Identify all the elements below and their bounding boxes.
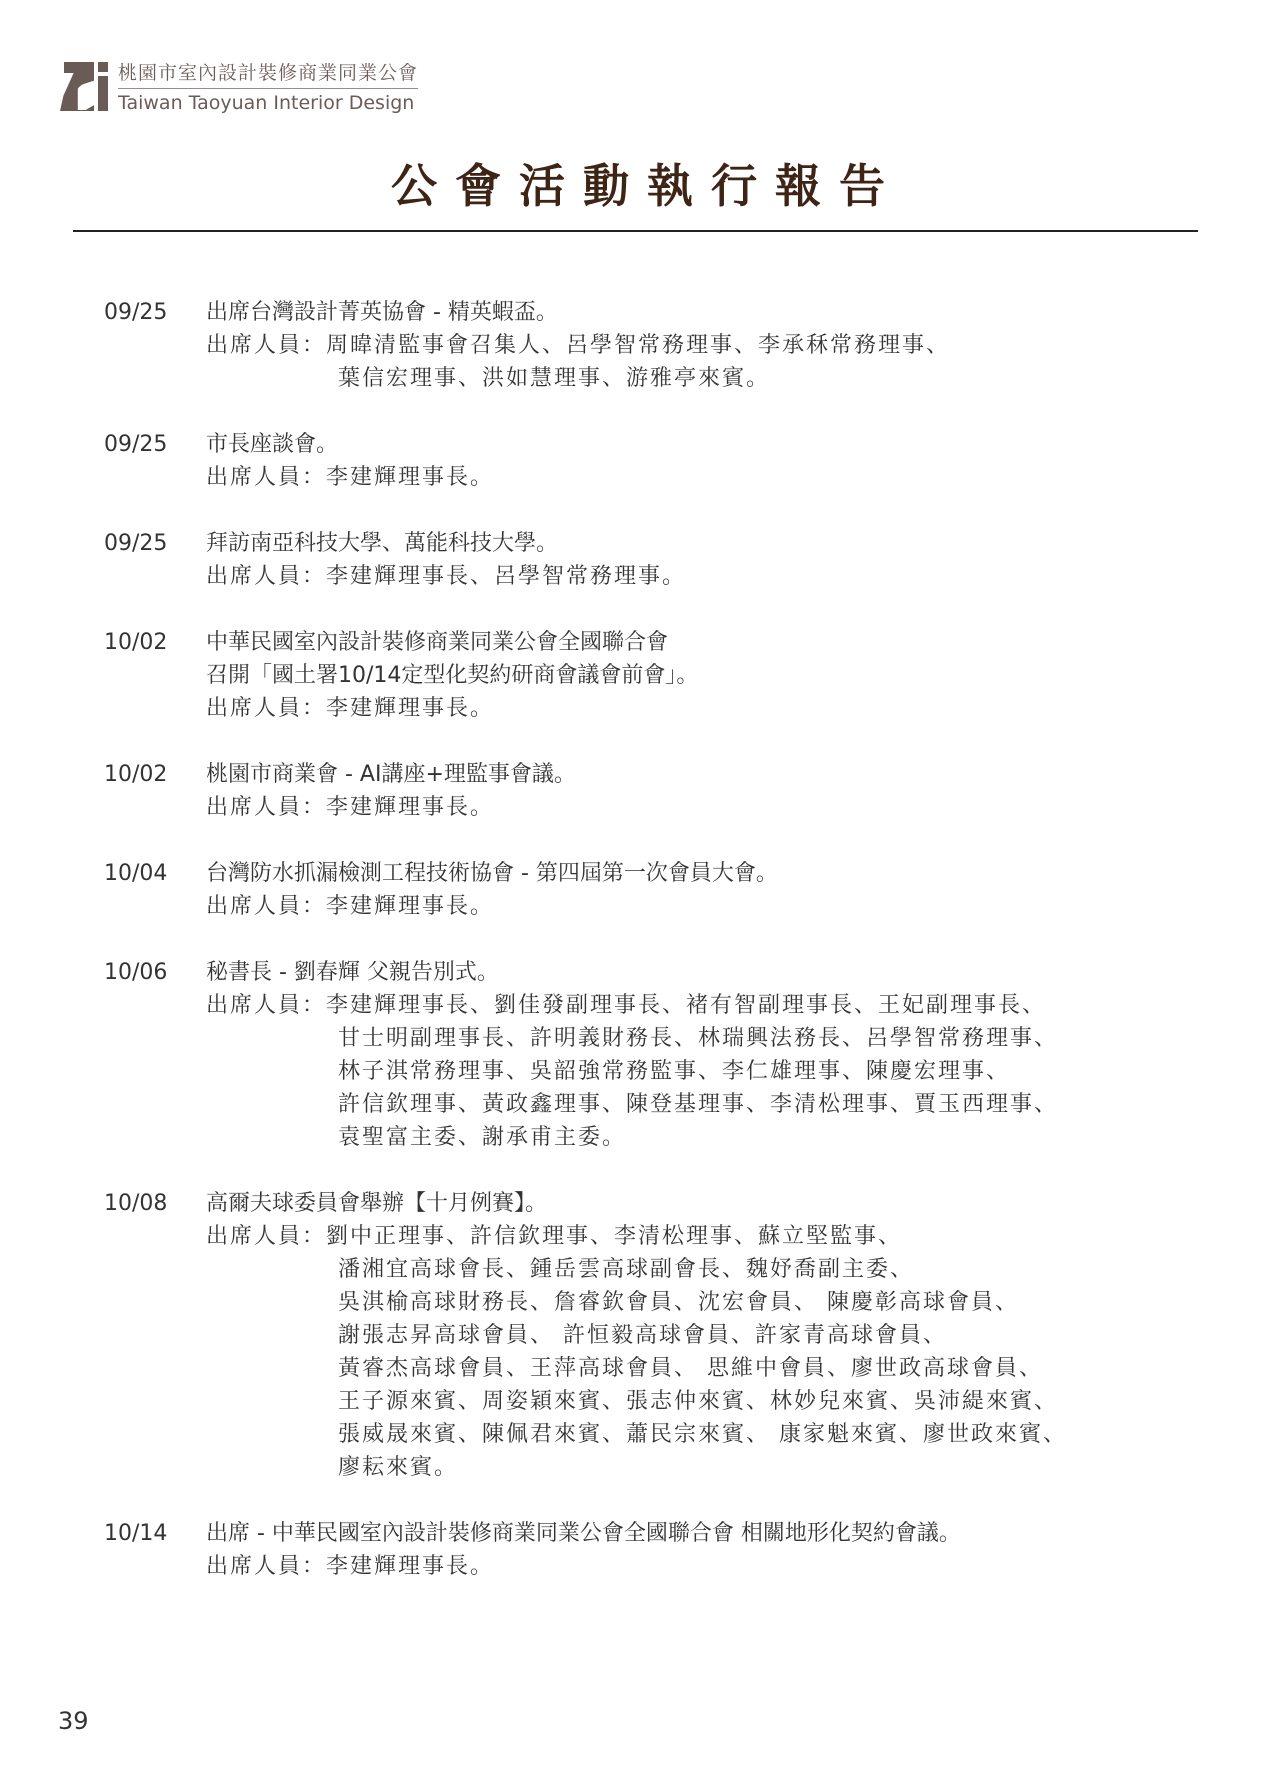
- attendee-names: 甘士明副理事長、許明義財務長、林瑞興法務長、呂學智常務理事、: [206, 1022, 1164, 1055]
- attendee-names: 林子淇常務理事、吳韶強常務監事、李仁雄理事、陳慶宏理事、: [206, 1055, 1164, 1088]
- attendees-row: 出席人員：李建輝理事長。: [206, 692, 1164, 725]
- event-description: 出席 - 中華民國室內設計裝修商業同業公會全國聯合會 相關地形化契約會議。: [206, 1517, 1164, 1550]
- activity-entry: 10/04台灣防水抓漏檢測工程技術協會 - 第四屆第一次會員大會。出席人員：李建…: [104, 857, 1164, 923]
- entry-date: 10/02: [104, 758, 206, 824]
- attendee-names: 吳淇榆高球財務長、詹睿欽會員、沈宏會員、 陳慶彰高球會員、: [206, 1286, 1164, 1319]
- event-description: 出席台灣設計菁英協會 - 精英蝦盃。: [206, 296, 1164, 329]
- attendee-names: 潘湘宜高球會長、鍾岳雲高球副會長、魏妤喬副主委、: [206, 1253, 1164, 1286]
- attendee-names: 李建輝理事長、劉佳發副理事長、褚有智副理事長、王妃副理事長、: [326, 989, 1046, 1022]
- page-number: 39: [58, 1707, 89, 1735]
- attendees-row: 出席人員：李建輝理事長。: [206, 1550, 1164, 1583]
- org-name-en: Taiwan Taoyuan Interior Design: [118, 89, 418, 114]
- activity-entry: 09/25市長座談會。出席人員：李建輝理事長。: [104, 428, 1164, 494]
- entry-body: 市長座談會。出席人員：李建輝理事長。: [206, 428, 1164, 494]
- activity-entry: 10/02中華民國室內設計裝修商業同業公會全國聯合會召開「國土署10/14定型化…: [104, 626, 1164, 725]
- attendees-row: 出席人員：劉中正理事、許信欽理事、李清松理事、蘇立堅監事、: [206, 1220, 1164, 1253]
- event-description: 秘書長 - 劉春輝 父親告別式。: [206, 956, 1164, 989]
- activity-entry: 10/06秘書長 - 劉春輝 父親告別式。出席人員：李建輝理事長、劉佳發副理事長…: [104, 956, 1164, 1154]
- attendee-names: 葉信宏理事、洪如慧理事、游雅亭來賓。: [206, 362, 1164, 395]
- attendee-names: 李建輝理事長。: [326, 692, 494, 725]
- event-description: 高爾夫球委員會舉辦【十月例賽】。: [206, 1187, 1164, 1220]
- attendees-label: 出席人員：: [206, 461, 326, 494]
- page-title: 公會活動執行報告: [0, 150, 1276, 216]
- title-divider: [73, 230, 1198, 232]
- entry-date: 10/06: [104, 956, 206, 1154]
- attendee-names: 李建輝理事長、呂學智常務理事。: [326, 560, 686, 593]
- entry-date: 10/08: [104, 1187, 206, 1484]
- attendees-row: 出席人員：李建輝理事長。: [206, 890, 1164, 923]
- attendee-names: 周暐清監事會召集人、呂學智常務理事、李承秝常務理事、: [326, 329, 950, 362]
- attendee-names: 張威晟來賓、陳佩君來賓、蕭民宗來賓、 康家魁來賓、廖世政來賓、: [206, 1418, 1164, 1451]
- entry-body: 台灣防水抓漏檢測工程技術協會 - 第四屆第一次會員大會。出席人員：李建輝理事長。: [206, 857, 1164, 923]
- attendee-names: 許信欽理事、黃政鑫理事、陳登基理事、李清松理事、賈玉西理事、: [206, 1088, 1164, 1121]
- attendee-names: 袁聖富主委、謝承甫主委。: [206, 1121, 1164, 1154]
- entry-date: 09/25: [104, 527, 206, 593]
- entry-body: 秘書長 - 劉春輝 父親告別式。出席人員：李建輝理事長、劉佳發副理事長、褚有智副…: [206, 956, 1164, 1154]
- attendee-names: 李建輝理事長。: [326, 1550, 494, 1583]
- attendee-names: 李建輝理事長。: [326, 890, 494, 923]
- header: 桃園市室內設計裝修商業同業公會 Taiwan Taoyuan Interior …: [58, 56, 418, 116]
- attendee-names: 李建輝理事長。: [326, 461, 494, 494]
- entry-body: 高爾夫球委員會舉辦【十月例賽】。出席人員：劉中正理事、許信欽理事、李清松理事、蘇…: [206, 1187, 1164, 1484]
- attendee-names: 劉中正理事、許信欽理事、李清松理事、蘇立堅監事、: [326, 1220, 902, 1253]
- entry-body: 出席 - 中華民國室內設計裝修商業同業公會全國聯合會 相關地形化契約會議。出席人…: [206, 1517, 1164, 1583]
- entry-date: 09/25: [104, 296, 206, 395]
- activity-entry: 09/25出席台灣設計菁英協會 - 精英蝦盃。出席人員：周暐清監事會召集人、呂學…: [104, 296, 1164, 395]
- entry-body: 出席台灣設計菁英協會 - 精英蝦盃。出席人員：周暐清監事會召集人、呂學智常務理事…: [206, 296, 1164, 395]
- attendees-row: 出席人員：李建輝理事長。: [206, 791, 1164, 824]
- attendees-row: 出席人員：李建輝理事長、劉佳發副理事長、褚有智副理事長、王妃副理事長、: [206, 989, 1164, 1022]
- attendees-label: 出席人員：: [206, 791, 326, 824]
- activity-entry: 10/02桃園市商業會 - AI講座+理監事會議。出席人員：李建輝理事長。: [104, 758, 1164, 824]
- event-description: 市長座談會。: [206, 428, 1164, 461]
- entry-body: 拜訪南亞科技大學、萬能科技大學。出席人員：李建輝理事長、呂學智常務理事。: [206, 527, 1164, 593]
- event-description: 召開「國土署10/14定型化契約研商會議會前會」。: [206, 659, 1164, 692]
- entry-body: 中華民國室內設計裝修商業同業公會全國聯合會召開「國土署10/14定型化契約研商會…: [206, 626, 1164, 725]
- attendee-names: 謝張志昇高球會員、 許恒毅高球會員、許家青高球會員、: [206, 1319, 1164, 1352]
- attendees-row: 出席人員：李建輝理事長、呂學智常務理事。: [206, 560, 1164, 593]
- attendees-label: 出席人員：: [206, 560, 326, 593]
- attendees-label: 出席人員：: [206, 1550, 326, 1583]
- event-description: 桃園市商業會 - AI講座+理監事會議。: [206, 758, 1164, 791]
- attendees-label: 出席人員：: [206, 890, 326, 923]
- attendees-label: 出席人員：: [206, 692, 326, 725]
- attendee-names: 黃睿杰高球會員、王萍高球會員、 思維中會員、廖世政高球會員、: [206, 1352, 1164, 1385]
- attendees-label: 出席人員：: [206, 989, 326, 1022]
- attendees-row: 出席人員：周暐清監事會召集人、呂學智常務理事、李承秝常務理事、: [206, 329, 1164, 362]
- activity-entry: 10/08高爾夫球委員會舉辦【十月例賽】。出席人員：劉中正理事、許信欽理事、李清…: [104, 1187, 1164, 1484]
- ti-logo-icon: [58, 58, 110, 114]
- entry-date: 10/04: [104, 857, 206, 923]
- org-name-zh: 桃園市室內設計裝修商業同業公會: [118, 58, 418, 89]
- attendees-row: 出席人員：李建輝理事長。: [206, 461, 1164, 494]
- attendees-label: 出席人員：: [206, 329, 326, 362]
- entry-date: 10/14: [104, 1517, 206, 1583]
- attendees-label: 出席人員：: [206, 1220, 326, 1253]
- attendee-names: 李建輝理事長。: [326, 791, 494, 824]
- entry-date: 10/02: [104, 626, 206, 725]
- attendee-names: 廖耘來賓。: [206, 1451, 1164, 1484]
- entry-date: 09/25: [104, 428, 206, 494]
- activity-list: 09/25出席台灣設計菁英協會 - 精英蝦盃。出席人員：周暐清監事會召集人、呂學…: [104, 296, 1164, 1616]
- event-description: 中華民國室內設計裝修商業同業公會全國聯合會: [206, 626, 1164, 659]
- event-description: 拜訪南亞科技大學、萬能科技大學。: [206, 527, 1164, 560]
- event-description: 台灣防水抓漏檢測工程技術協會 - 第四屆第一次會員大會。: [206, 857, 1164, 890]
- activity-entry: 10/14出席 - 中華民國室內設計裝修商業同業公會全國聯合會 相關地形化契約會…: [104, 1517, 1164, 1583]
- attendee-names: 王子源來賓、周姿穎來賓、張志仲來賓、林妙兒來賓、吳沛緹來賓、: [206, 1385, 1164, 1418]
- activity-entry: 09/25拜訪南亞科技大學、萬能科技大學。出席人員：李建輝理事長、呂學智常務理事…: [104, 527, 1164, 593]
- entry-body: 桃園市商業會 - AI講座+理監事會議。出席人員：李建輝理事長。: [206, 758, 1164, 824]
- org-name: 桃園市室內設計裝修商業同業公會 Taiwan Taoyuan Interior …: [118, 58, 418, 114]
